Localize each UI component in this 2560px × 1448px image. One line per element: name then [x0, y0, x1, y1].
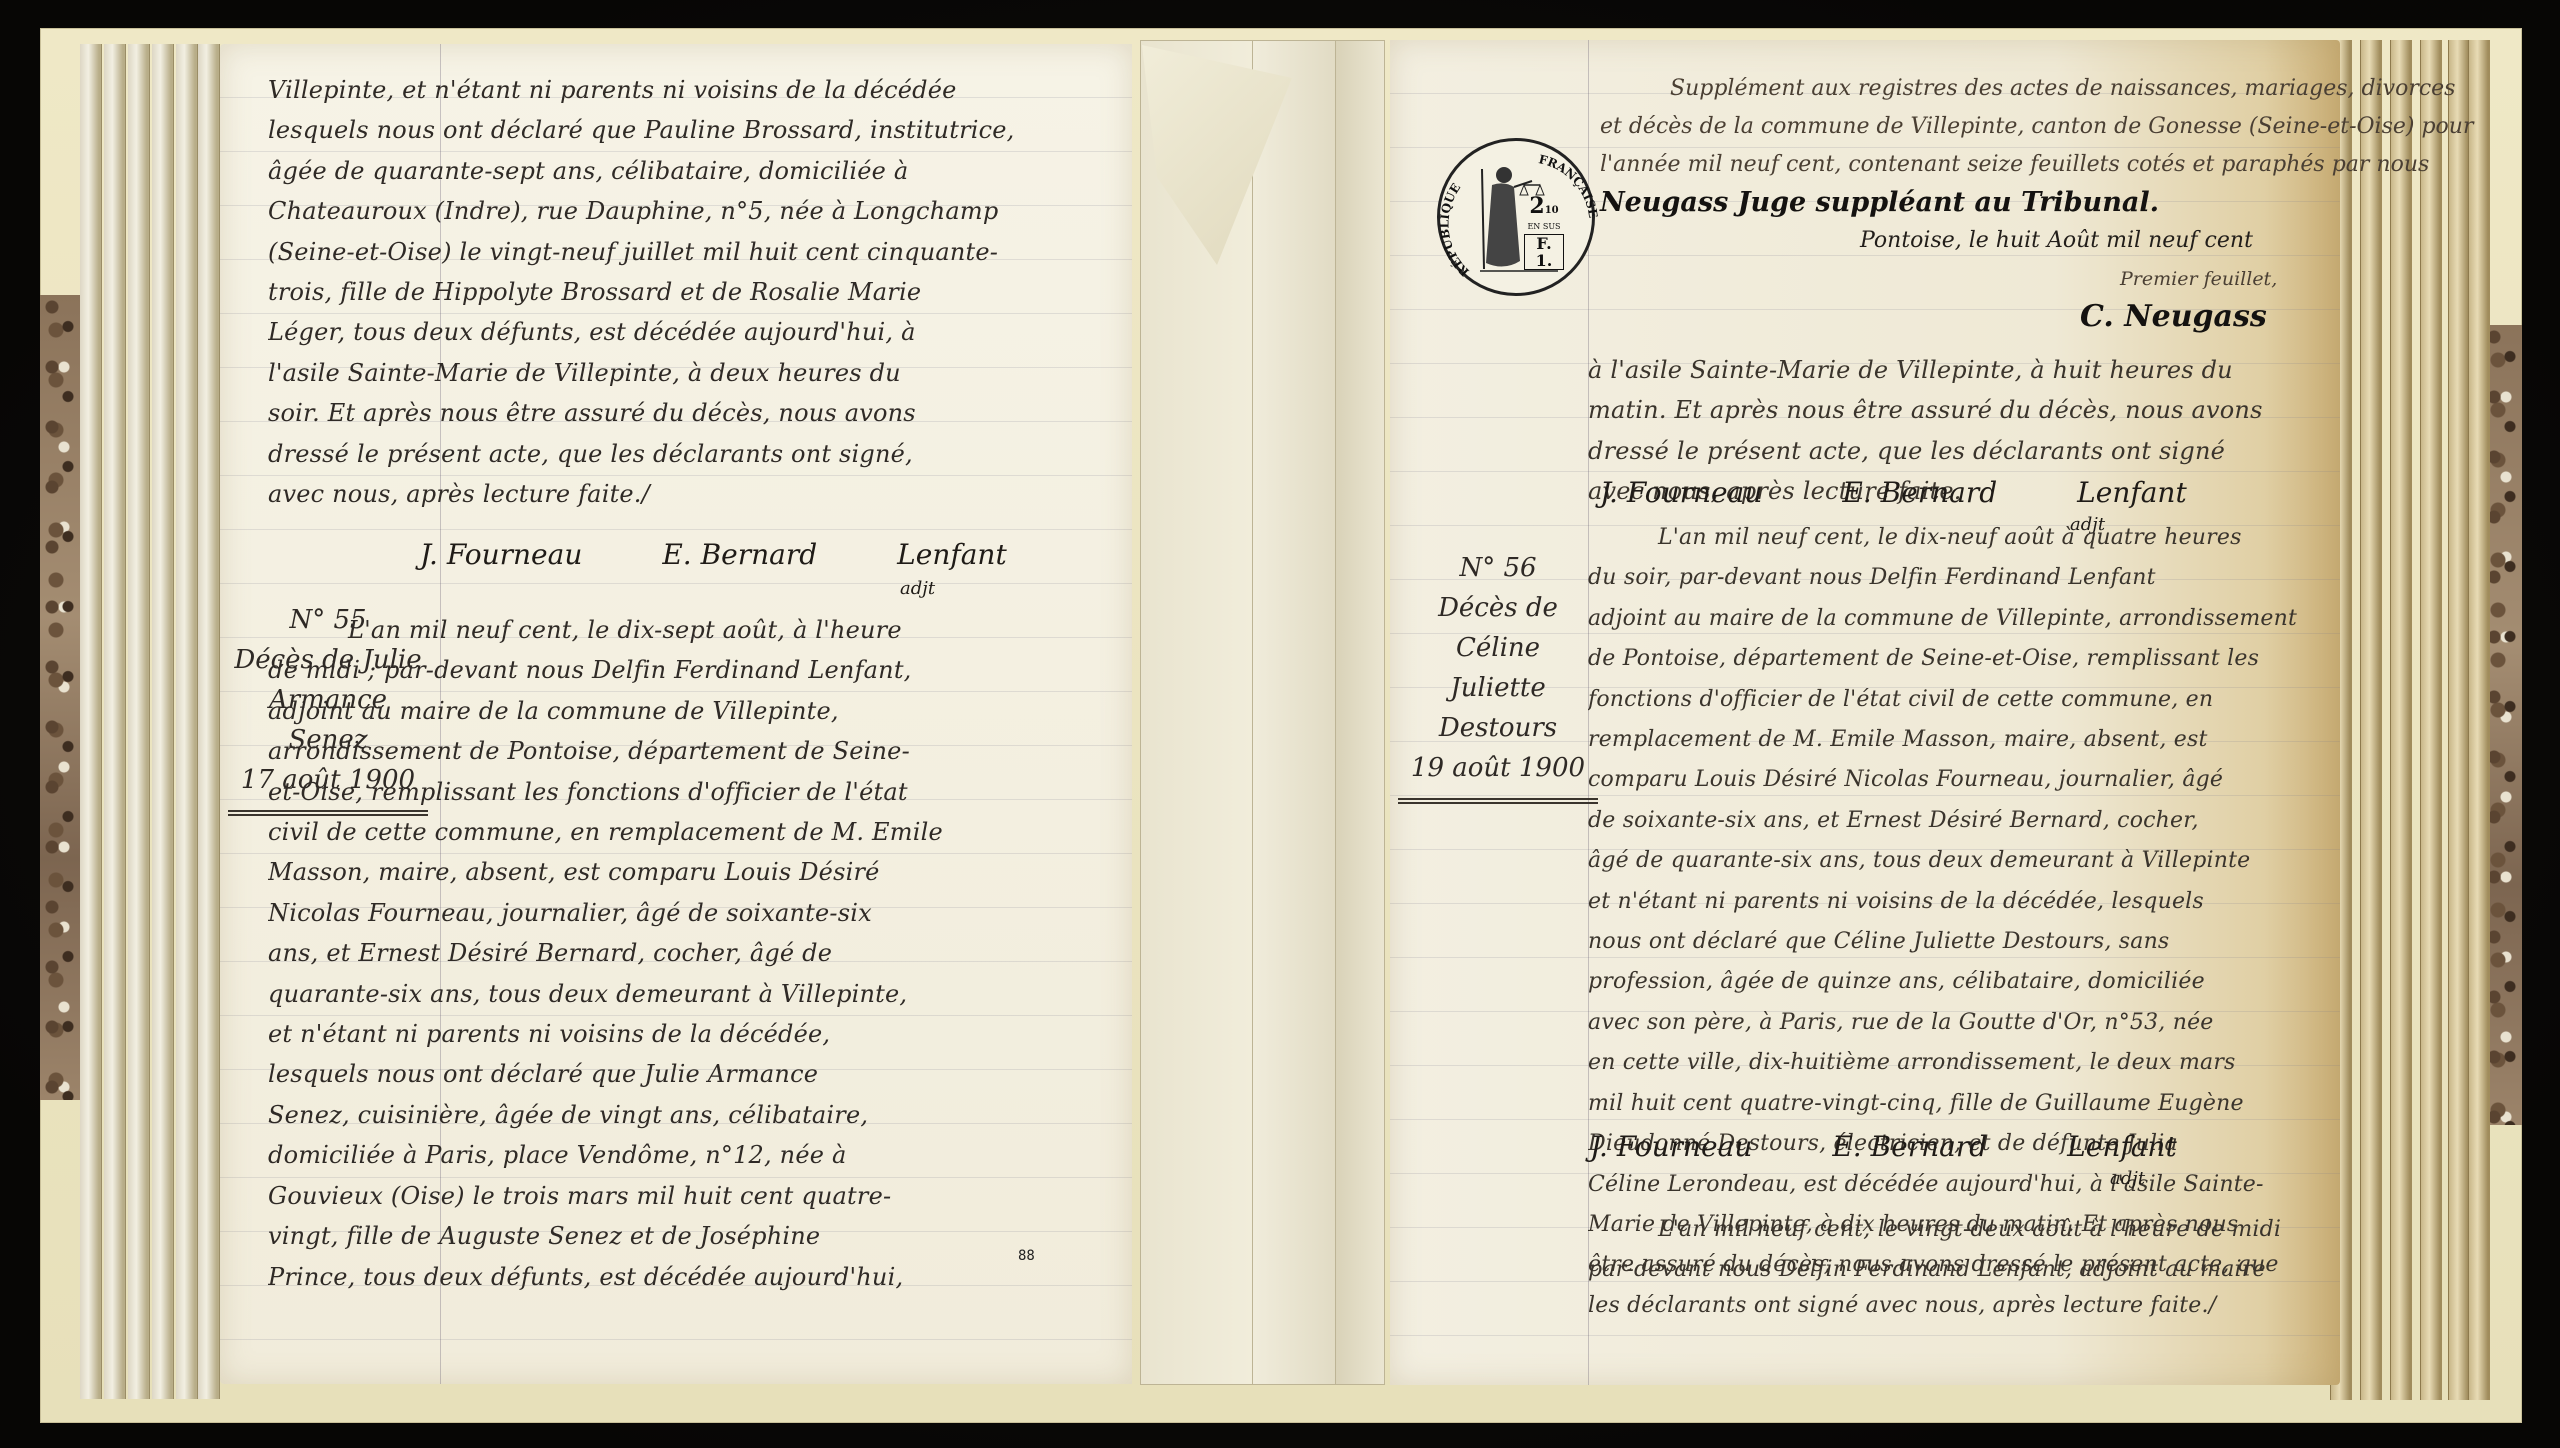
judge-line: Neugass Juge suppléant au Tribunal. [1600, 184, 2340, 222]
marianne-justice-icon: RÉPUBLIQUE FRANÇAISE [1440, 141, 1598, 299]
text-line: les déclarants ont signé avec nous, aprè… [1588, 1286, 2328, 1326]
text-line: lesquels nous ont déclaré que Pauline Br… [268, 110, 1108, 150]
text-line: adjoint au maire de la commune de Villep… [268, 691, 1108, 731]
marbled-board-left [40, 295, 80, 1100]
signature-lenfant: Lenfant [2077, 476, 2187, 509]
margin-title-line: Juliette Destours [1398, 668, 1598, 748]
signature-bernard: E. Bernard [1832, 1130, 1987, 1163]
folio-number: 88 [1018, 1248, 1035, 1264]
text-line: matin. Et après nous être assuré du décè… [1588, 390, 2328, 430]
text-line: L'an mil neuf cent, le dix-neuf août à q… [1588, 518, 2328, 558]
text-line: Nicolas Fourneau, journalier, âgé de soi… [268, 893, 1108, 933]
text-line: civil de cette commune, en remplacement … [268, 812, 1108, 852]
text-line: (Seine-et-Oise) le vingt-neuf juillet mi… [268, 232, 1108, 272]
text-line: Prince, tous deux défunts, est décédée a… [268, 1257, 1108, 1297]
signature-bernard: E. Bernard [662, 538, 817, 571]
header-line: et décès de la commune de Villepinte, ca… [1600, 108, 2340, 146]
text-line: comparu Louis Désiré Nicolas Fourneau, j… [1588, 760, 2328, 800]
text-line: ans, et Ernest Désiré Bernard, cocher, â… [268, 933, 1108, 973]
text-line: fonctions d'officier de l'état civil de … [1588, 680, 2328, 720]
text-line: de soixante-six ans, et Ernest Désiré Be… [1588, 801, 2328, 841]
text-line: L'an mil neuf cent, le vingt-deux août à… [1588, 1210, 2328, 1250]
text-line: et-Oise, remplissant les fonctions d'off… [268, 772, 1108, 812]
svg-text:RÉPUBLIQUE: RÉPUBLIQUE [1440, 181, 1472, 279]
header-line: Supplément aux registres des actes de na… [1600, 70, 2340, 108]
header-line: l'année mil neuf cent, contenant seize f… [1600, 146, 2340, 184]
text-line: Chateauroux (Indre), rue Dauphine, n°5, … [268, 191, 1108, 231]
text-line: nous ont déclaré que Céline Juliette Des… [1588, 922, 2328, 962]
judge-signature: C. Neugass [1600, 298, 2340, 336]
signature-fourneau: J. Fourneau [1600, 476, 1762, 509]
signature-fourneau: J. Fourneau [420, 538, 582, 571]
text-line: mil huit cent quatre-vingt-cinq, fille d… [1588, 1084, 2328, 1124]
signature-lenfant: Lenfant [2067, 1130, 2177, 1163]
left-page-continuation-text: Villepinte, et n'étant ni parents ni voi… [268, 70, 1108, 514]
text-line: remplacement de M. Emile Masson, maire, … [1588, 720, 2328, 760]
text-line: âgée de quarante-sept ans, célibataire, … [268, 151, 1108, 191]
text-line: Léger, tous deux défunts, est décédée au… [268, 312, 1108, 352]
text-line: dressé le présent acte, que les déclaran… [1588, 431, 2328, 471]
signatures-entry-56: J. Fourneau E. Bernard Lenfant adjt [1590, 1130, 2177, 1163]
entry-number: N° 56 [1398, 548, 1598, 588]
text-line: à l'asile Sainte-Marie de Villepinte, à … [1588, 350, 2328, 390]
entry-57-start-text: L'an mil neuf cent, le vingt-deux août à… [1588, 1210, 2328, 1291]
text-line: domiciliée à Paris, place Vendôme, n°12,… [268, 1135, 1108, 1175]
officer-title: adjt [2110, 1168, 2145, 1189]
text-line: arrondissement de Pontoise, département … [268, 731, 1108, 771]
text-line: soir. Et après nous être assuré du décès… [268, 393, 1108, 433]
signature-bernard: E. Bernard [1842, 476, 1997, 509]
text-line: profession, âgée de quinze ans, célibata… [1588, 962, 2328, 1002]
text-line: du soir, par-devant nous Delfin Ferdinan… [1588, 558, 2328, 598]
text-line: L'an mil neuf cent, le dix-sept août, à … [268, 610, 1108, 650]
text-line: Masson, maire, absent, est comparu Louis… [268, 852, 1108, 892]
text-line: Villepinte, et n'étant ni parents ni voi… [268, 70, 1108, 110]
place-date: Pontoise, le huit Août mil neuf cent [1600, 222, 2340, 260]
margin-title-date: 19 août 1900 [1398, 748, 1598, 788]
signature-lenfant: Lenfant [897, 538, 1007, 571]
text-line: trois, fille de Hippolyte Brossard et de… [268, 272, 1108, 312]
gutter-fold [1252, 40, 1337, 1385]
text-line: de Pontoise, département de Seine-et-Ois… [1588, 639, 2328, 679]
text-line: en cette ville, dix-huitième arrondissem… [1588, 1043, 2328, 1083]
signatures-entry-right-1: J. Fourneau E. Bernard Lenfant adjt [1600, 476, 2187, 509]
gutter-fold [1335, 40, 1385, 1385]
text-line: âgé de quarante-six ans, tous deux demeu… [1588, 841, 2328, 881]
entry-56-text: L'an mil neuf cent, le dix-neuf août à q… [1588, 518, 2328, 1326]
text-line: vingt, fille de Auguste Senez et de José… [268, 1216, 1108, 1256]
signatures-entry-54: J. Fourneau E. Bernard Lenfant adjt [420, 538, 1007, 571]
text-line: avec son père, à Paris, rue de la Goutte… [1588, 1003, 2328, 1043]
first-leaf-note: Premier feuillet, [1600, 260, 2340, 298]
text-line: dressé le présent acte, que les déclaran… [268, 434, 1108, 474]
page-edges-right [2320, 40, 2490, 1400]
page-edges-left [80, 44, 230, 1399]
text-line: Senez, cuisinière, âgée de vingt ans, cé… [268, 1095, 1108, 1135]
margin-title-line: Décès de Céline [1398, 588, 1598, 668]
double-underline [1398, 798, 1598, 804]
margin-entry-56: N° 56 Décès de Céline Juliette Destours … [1398, 548, 1598, 804]
register-header: Supplément aux registres des actes de na… [1600, 70, 2340, 336]
text-line: par-devant nous Delfin Ferdinand Lenfant… [1588, 1250, 2328, 1290]
text-line: Céline Lerondeau, est décédée aujourd'hu… [1588, 1165, 2328, 1205]
text-line: lesquels nous ont déclaré que Julie Arma… [268, 1054, 1108, 1094]
text-line: et n'étant ni parents ni voisins de la d… [1588, 882, 2328, 922]
text-line: l'asile Sainte-Marie de Villepinte, à de… [268, 353, 1108, 393]
text-line: Gouvieux (Oise) le trois mars mil huit c… [268, 1176, 1108, 1216]
text-line: quarante-six ans, tous deux demeurant à … [268, 974, 1108, 1014]
text-line: avec nous, après lecture faite./ [268, 474, 1108, 514]
text-line: de midi ; par-devant nous Delfin Ferdina… [268, 650, 1108, 690]
text-line: adjoint au maire de la commune de Villep… [1588, 599, 2328, 639]
stamp-price: 210 EN SUS F.1. [1524, 195, 1564, 270]
officer-title: adjt [900, 578, 935, 599]
revenue-stamp: RÉPUBLIQUE FRANÇAISE 210 EN SUS F.1. [1437, 138, 1595, 296]
entry-55-text: L'an mil neuf cent, le dix-sept août, à … [268, 610, 1108, 1297]
signature-fourneau: J. Fourneau [1590, 1130, 1752, 1163]
text-line: et n'étant ni parents ni voisins de la d… [268, 1014, 1108, 1054]
